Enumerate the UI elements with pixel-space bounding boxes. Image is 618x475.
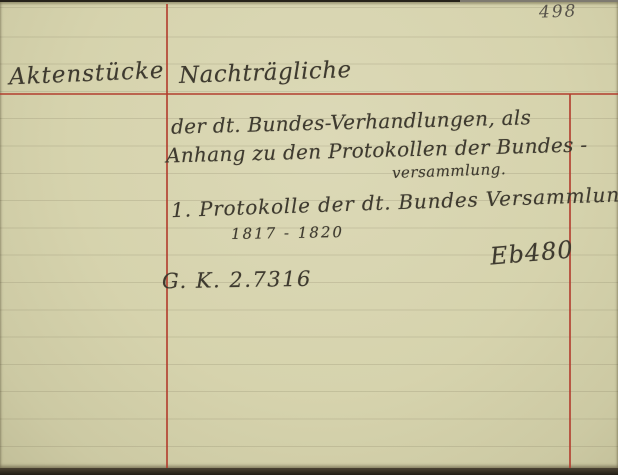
red-header-line [0,93,618,95]
red-margin-line-left [166,4,168,470]
title-line-3-insertion: versammlung. [392,162,507,181]
title-line-3: Anhang zu den Protokollen der Bundes - [166,134,588,165]
catalog-card-scan: 498 Aktenstücke Nachträgliche der dt. Bu… [0,0,618,475]
shelfmark: Eb480 [489,237,574,268]
old-signature: G. K. 2.7316 [162,269,312,293]
heading-keyword: Aktenstücke [9,60,165,90]
entry-years: 1817 - 1820 [231,225,344,242]
page-number: 498 [539,3,578,21]
card-bottom-edge-shadow [0,468,618,475]
title-word-1: Nachträgliche [179,59,352,88]
index-card: 498 Aktenstücke Nachträgliche der dt. Bu… [0,2,618,468]
title-line-2: der dt. Bundes-Verhandlungen, als [171,107,532,136]
entry-line: 1. Protokolle der dt. Bundes Versammlung [171,184,618,220]
